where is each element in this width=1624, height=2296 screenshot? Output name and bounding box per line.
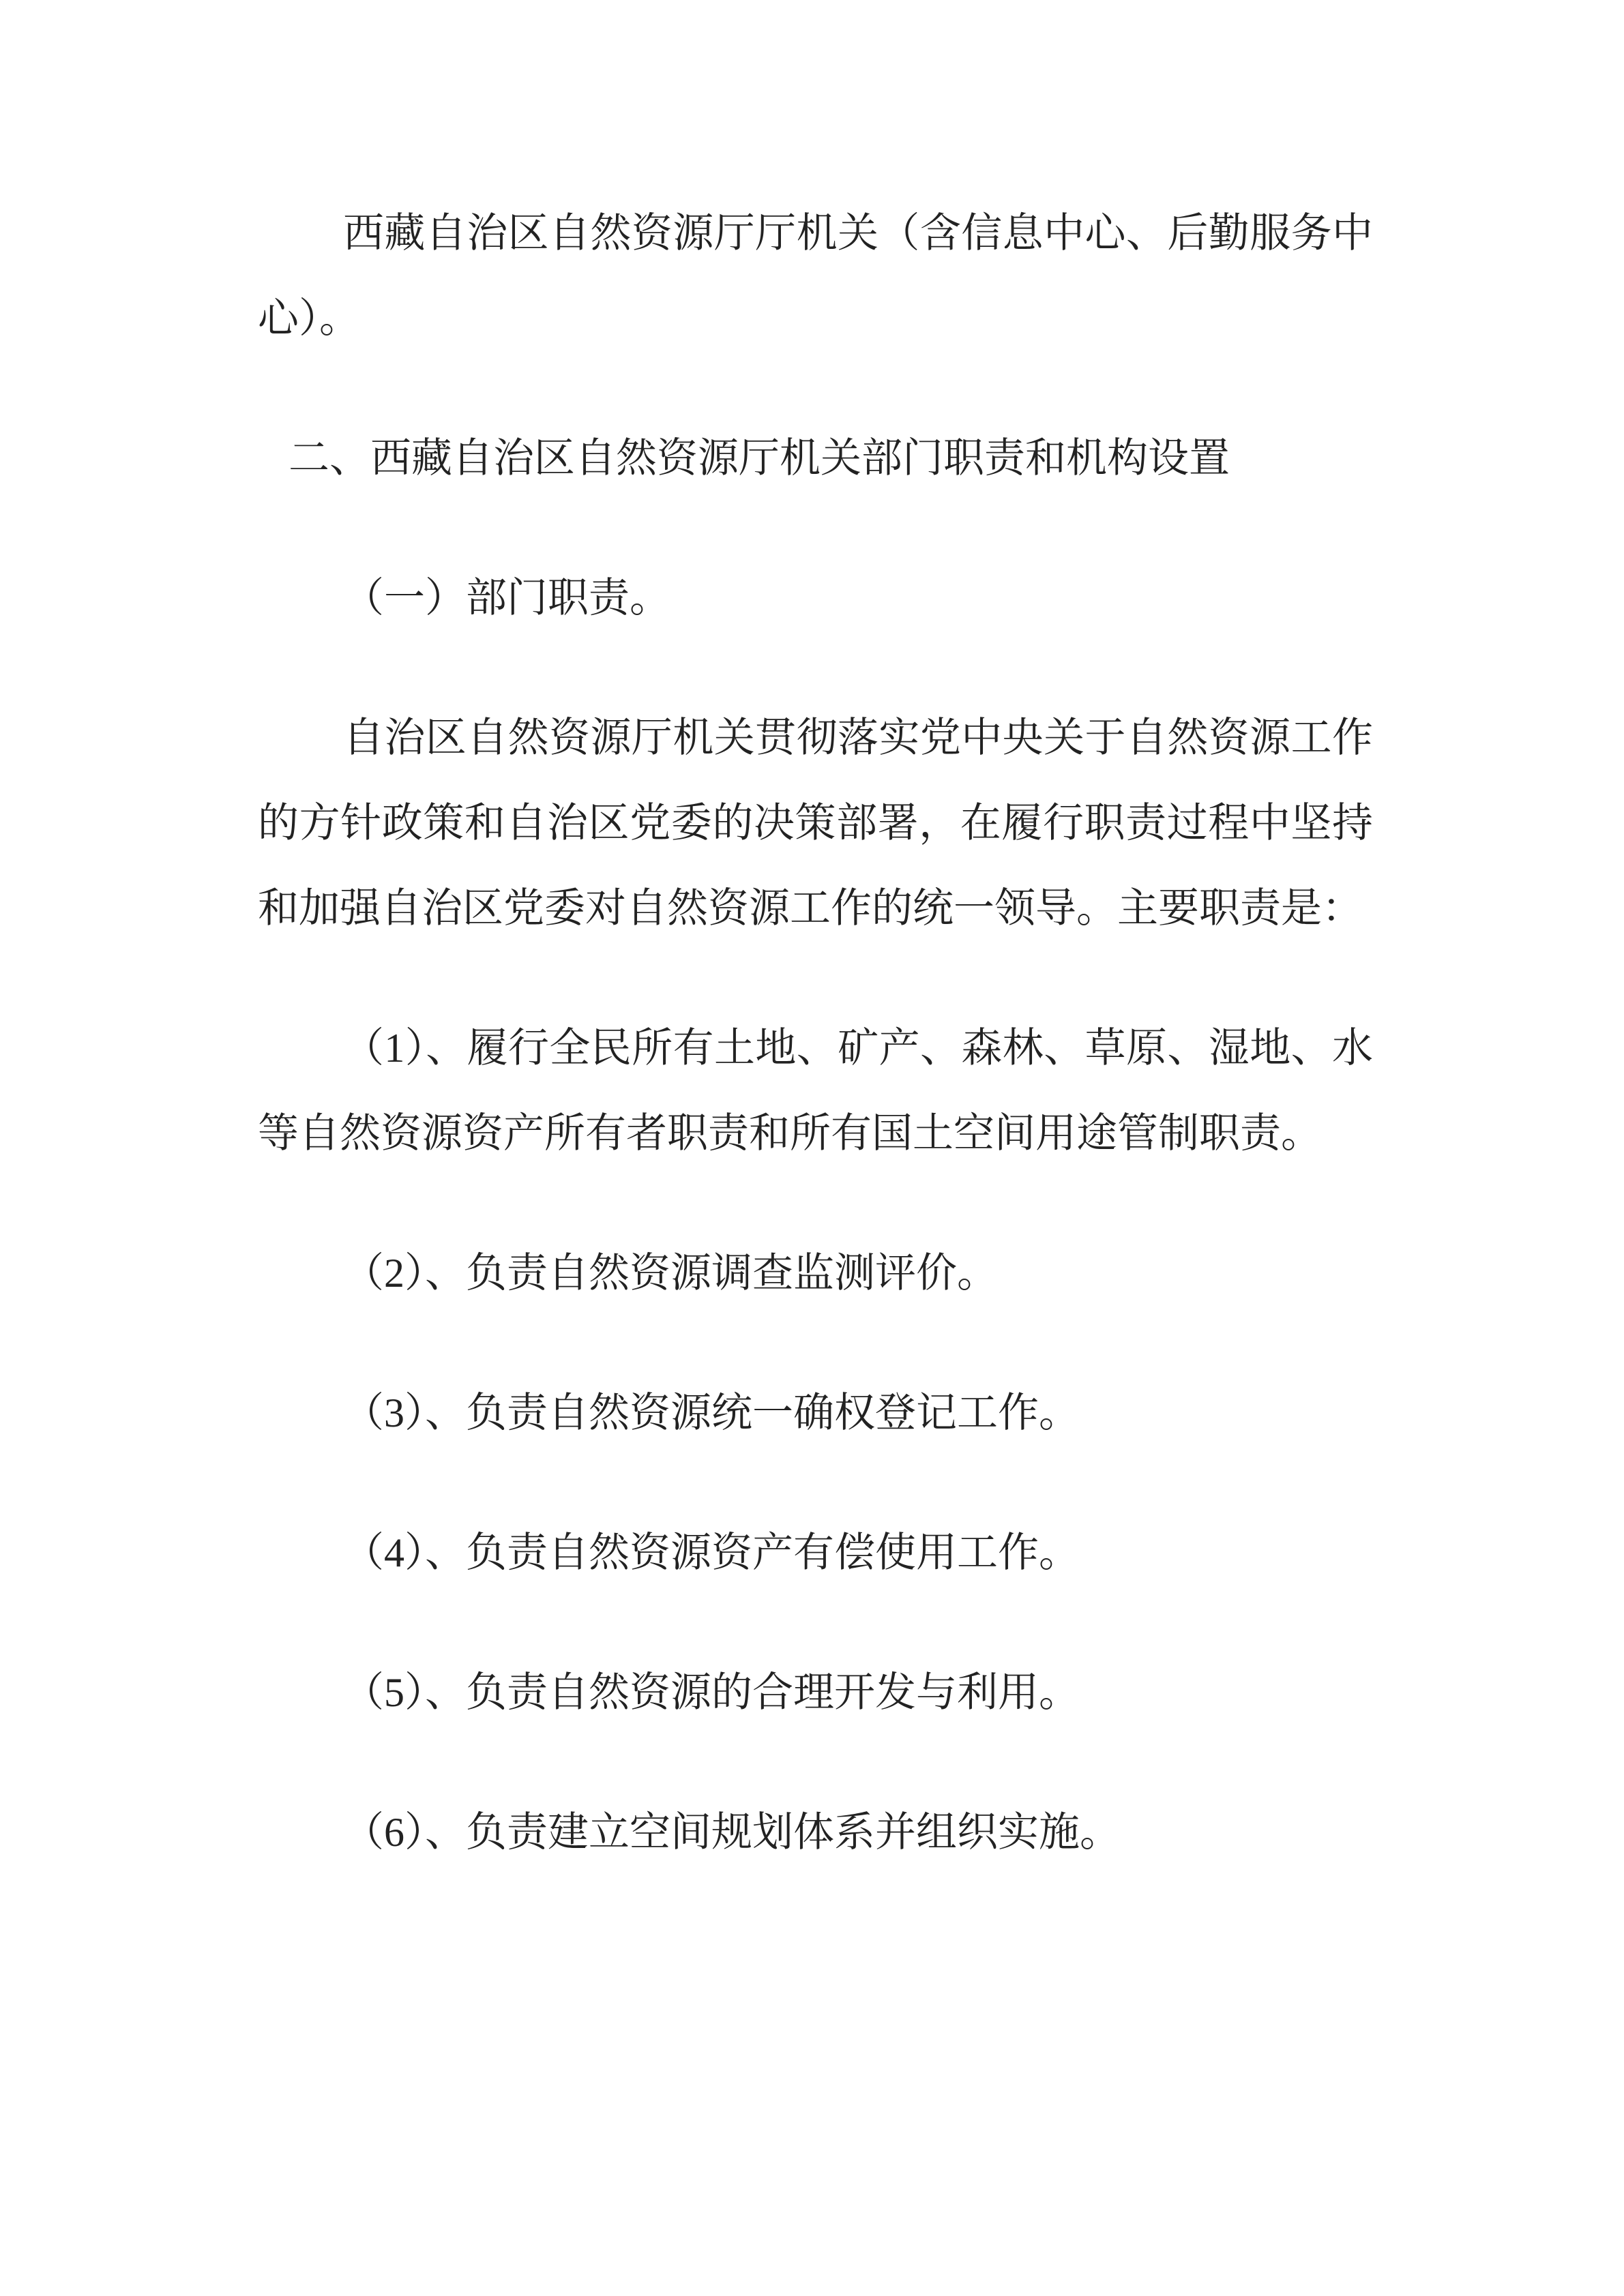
paragraph-duty-3: （3）、负责自然资源统一确权登记工作。 xyxy=(258,1371,1373,1456)
paragraph-duty-5: （5）、负责自然资源的合理开发与利用。 xyxy=(258,1650,1373,1735)
paragraph-section-2-heading: 二、西藏自治区自然资源厅机关部门职责和机构设置 xyxy=(258,416,1373,501)
paragraph-duty-4: （4）、负责自然资源资产有偿使用工作。 xyxy=(258,1510,1373,1596)
paragraph-duty-6: （6）、负责建立空间规划体系并组织实施。 xyxy=(258,1790,1373,1875)
paragraph-sub-1-title: （一）部门职责。 xyxy=(258,556,1373,641)
paragraph-duty-2: （2）、负责自然资源调查监测评价。 xyxy=(258,1231,1373,1316)
paragraph-duty-1: （1）、履行全民所有土地、矿产、森林、草原、湿地、水等自然资源资产所有者职责和所… xyxy=(258,1006,1373,1176)
paragraph-duty-intro: 自治区自然资源厅机关贯彻落实党中央关于自然资源工作的方针政策和自治区党委的决策部… xyxy=(258,696,1373,951)
document-text: 西藏自治区自然资源厅厅机关（含信息中心、后勤服务中心）。二、西藏自治区自然资源厅… xyxy=(258,191,1373,1930)
paragraph-intro-line: 西藏自治区自然资源厅厅机关（含信息中心、后勤服务中心）。 xyxy=(258,191,1373,361)
document-page: 西藏自治区自然资源厅厅机关（含信息中心、后勤服务中心）。二、西藏自治区自然资源厅… xyxy=(0,0,1624,2296)
